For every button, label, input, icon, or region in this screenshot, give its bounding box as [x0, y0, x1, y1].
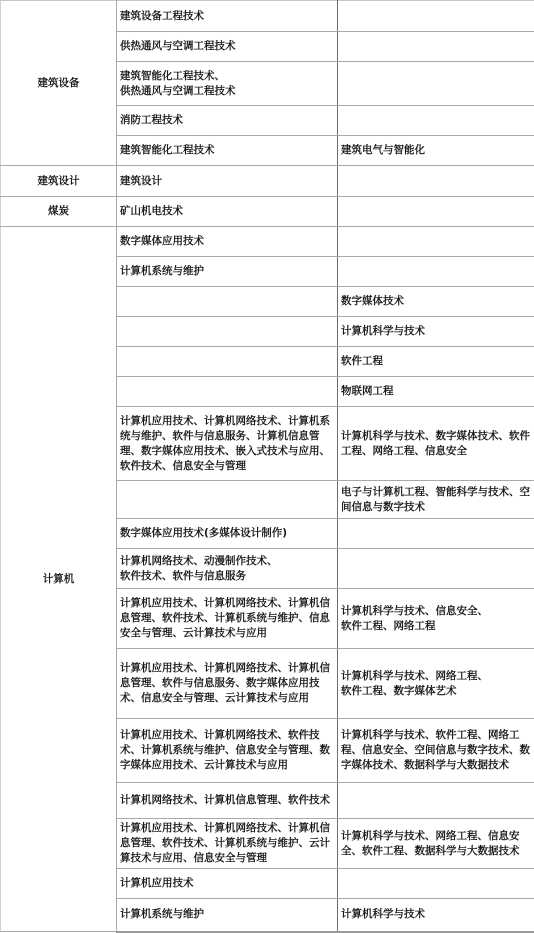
undergraduate-major-cell: 软件工程: [338, 347, 534, 377]
vocational-major-cell: 计算机应用技术、计算机网络技术、计算机信息管理、软件与信息服务、数字媒体应用技术…: [117, 649, 338, 719]
undergraduate-major-cell: [338, 549, 534, 589]
undergraduate-major-cell: 计算机科学与技术: [338, 317, 534, 347]
vocational-major-cell: 建筑智能化工程技术: [117, 136, 338, 166]
category-cell: 煤炭: [1, 197, 117, 227]
undergraduate-major-cell: [338, 1, 534, 32]
table-row: 建筑设备建筑设备工程技术: [1, 1, 534, 32]
vocational-major-cell: 计算机应用技术、计算机网络技术、软件技术、计算机系统与维护、信息安全与管理、数字…: [117, 719, 338, 783]
table-row: 建筑设计建筑设计: [1, 166, 534, 197]
table-body: 建筑设备建筑设备工程技术供热通风与空调工程技术建筑智能化工程技术、 供热通风与空…: [1, 1, 534, 932]
vocational-major-cell: 计算机应用技术、计算机网络技术、计算机信息管理、软件技术、计算机系统与维护、云计…: [117, 819, 338, 869]
vocational-major-cell: 矿山机电技术: [117, 197, 338, 227]
undergraduate-major-cell: [338, 227, 534, 257]
vocational-major-cell: 供热通风与空调工程技术: [117, 32, 338, 62]
vocational-major-cell: 计算机应用技术、计算机网络技术、计算机系统与维护、软件与信息服务、计算机信息管理…: [117, 407, 338, 481]
vocational-major-cell: 计算机网络技术、计算机信息管理、软件技术: [117, 783, 338, 819]
vocational-major-cell: 消防工程技术: [117, 106, 338, 136]
undergraduate-major-cell: 数字媒体技术: [338, 287, 534, 317]
vocational-major-cell: [117, 377, 338, 407]
vocational-major-cell: [117, 481, 338, 519]
undergraduate-major-cell: 计算机科学与技术、软件工程、网络工程、信息安全、空间信息与数字技术、数字媒体技术…: [338, 719, 534, 783]
category-cell: 建筑设计: [1, 166, 117, 197]
undergraduate-major-cell: 计算机科学与技术、网络工程、信息安全、软件工程、数据科学与大数据技术: [338, 819, 534, 869]
vocational-major-cell: [117, 287, 338, 317]
vocational-major-cell: 建筑智能化工程技术、 供热通风与空调工程技术: [117, 62, 338, 106]
vocational-major-cell: 建筑设备工程技术: [117, 1, 338, 32]
undergraduate-major-cell: 物联网工程: [338, 377, 534, 407]
table-row: 计算机数字媒体应用技术: [1, 227, 534, 257]
vocational-major-cell: [117, 317, 338, 347]
undergraduate-major-cell: 计算机科学与技术、信息安全、 软件工程、网络工程: [338, 589, 534, 649]
vocational-major-cell: 计算机应用技术、计算机网络技术、计算机信息管理、软件技术、计算机系统与维护、信息…: [117, 589, 338, 649]
undergraduate-major-cell: [338, 166, 534, 197]
undergraduate-major-cell: [338, 62, 534, 106]
undergraduate-major-cell: 计算机科学与技术: [338, 899, 534, 932]
vocational-major-cell: 数字媒体应用技术(多媒体设计制作): [117, 519, 338, 549]
undergraduate-major-cell: [338, 869, 534, 899]
undergraduate-major-cell: [338, 197, 534, 227]
major-mapping-table: 建筑设备建筑设备工程技术供热通风与空调工程技术建筑智能化工程技术、 供热通风与空…: [0, 0, 534, 931]
undergraduate-major-cell: 计算机科学与技术、网络工程、 软件工程、数字媒体艺术: [338, 649, 534, 719]
undergraduate-major-cell: [338, 32, 534, 62]
vocational-major-cell: [117, 347, 338, 377]
undergraduate-major-cell: 计算机科学与技术、数字媒体技术、软件工程、网络工程、信息安全: [338, 407, 534, 481]
table-row: 煤炭矿山机电技术: [1, 197, 534, 227]
vocational-major-cell: 计算机应用技术: [117, 869, 338, 899]
category-cell: 建筑设备: [1, 1, 117, 166]
undergraduate-major-cell: 建筑电气与智能化: [338, 136, 534, 166]
category-cell: 计算机: [1, 227, 117, 932]
undergraduate-major-cell: [338, 783, 534, 819]
vocational-major-cell: 建筑设计: [117, 166, 338, 197]
vocational-major-cell: 计算机网络技术、动漫制作技术、 软件技术、软件与信息服务: [117, 549, 338, 589]
undergraduate-major-cell: [338, 519, 534, 549]
undergraduate-major-cell: 电子与计算机工程、智能科学与技术、空间信息与数字技术: [338, 481, 534, 519]
undergraduate-major-cell: [338, 106, 534, 136]
vocational-major-cell: 计算机系统与维护: [117, 257, 338, 287]
vocational-major-cell: 数字媒体应用技术: [117, 227, 338, 257]
undergraduate-major-cell: [338, 257, 534, 287]
vocational-major-cell: 计算机系统与维护: [117, 899, 338, 932]
